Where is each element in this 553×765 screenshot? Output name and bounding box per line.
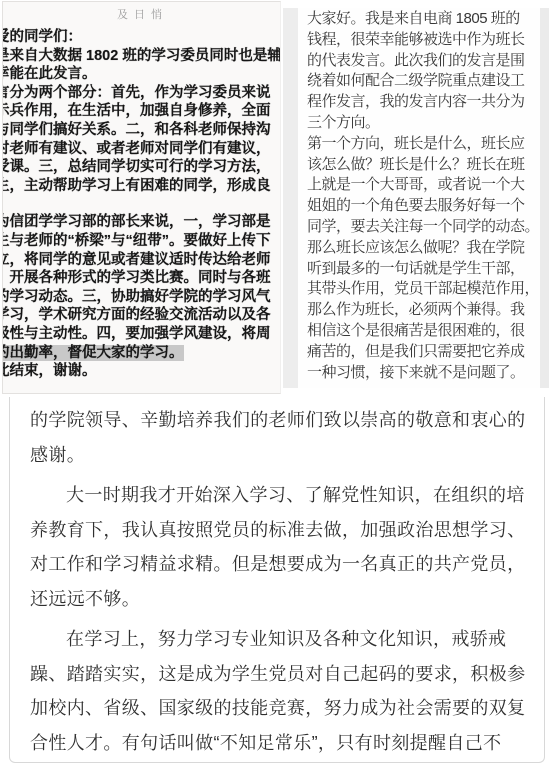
scan-text-line: 爱的同学们： — [2, 28, 280, 47]
reader-left-gutter — [283, 8, 298, 388]
reader-text-line: 一种习惯，接下来就不是问题了。 — [307, 363, 540, 384]
scan-text-body: 爱的同学们： 是来自大数据 1802 班的学习委员同时也是辅 幸能在此发言。 言… — [2, 2, 280, 381]
bottom-text-line: 躁、踏踏实实，这是成为学生党员对自己起码的要求，积极参 — [30, 657, 528, 692]
scan-text-line: 与同学们搞好关系。二，和各科老师保持沟 — [2, 121, 280, 140]
scan-text-line: 立，将同学的意见或者建议适时传达给老师 — [2, 251, 280, 270]
bottom-text-line: 还远远不够。 — [30, 582, 528, 617]
bottom-text-line: 在学习上，努力学习专业知识及各种文化知识，戒骄戒 — [30, 622, 528, 657]
scan-closing-line: 此结束，谢谢。 — [2, 362, 280, 381]
reader-text-line: 姐姐的一个角色要去服务好每一个 — [307, 196, 540, 217]
reader-panel: 大家好。我是来自电商 1805 班的 钱程，很荣幸能够被选中作为班长 的代表发言… — [283, 8, 549, 388]
reader-text-line: 程作发言，我的发言内容一共分为 — [307, 92, 540, 113]
scan-text-line: 学习，学术研究方面的经验交流活动以及各 — [2, 306, 280, 325]
bottom-text-line: 的学院领导、辛勤培养我们的老师们致以崇高的敬意和衷心的 — [30, 403, 528, 438]
scan-text-line: 生，主动帮助学习上有困难的同学，形成良 — [2, 177, 280, 196]
scan-text-line: 对老师有建议、或者老师对同学们有建议， — [2, 140, 280, 159]
gray-highlight-marker: 的出勤率，督促大家的学习。 — [2, 345, 184, 361]
reader-text-body: 大家好。我是来自电商 1805 班的 钱程，很荣幸能够被选中作为班长 的代表发言… — [298, 8, 540, 388]
reader-text-line: 其带头作用，党员干部起模范作用， — [307, 279, 540, 300]
bottom-text-line: 合性人才。有句话叫做“不知足常乐”，只有时刻提醒自己不 — [30, 726, 528, 761]
bottom-text-line: 感谢。 — [30, 438, 528, 473]
reader-text-line: 该怎么做？班长是什么？班长在班 — [307, 155, 540, 176]
bottom-text-line: 大一时期我才开始深入学习、了解党性知识，在组织的培 — [30, 478, 528, 513]
scanned-document-panel: 及日悄 爱的同学们： 是来自大数据 1802 班的学习委员同时也是辅 幸能在此发… — [2, 1, 281, 394]
bottom-text-line: 对工作和学习精益求精。但是想要成为一名真正的共产党员， — [30, 547, 528, 582]
reader-text-line: 同学，要去关注每一个同学的动态。 — [307, 217, 540, 238]
scan-text-line: 极性与主动性。四，要加强学风建设，将周 — [2, 325, 280, 344]
reader-text-line: 三个方向。 — [307, 113, 540, 134]
scan-text-line: 为信团学学习部的部长来说，一，学习部是 — [2, 213, 280, 232]
scan-text-line: 是来自大数据 1802 班的学习委员同时也是辅 — [2, 47, 280, 66]
bottom-document-panel: 的学院领导、辛勤培养我们的老师们致以崇高的敬意和衷心的 感谢。 大一时期我才开始… — [9, 397, 545, 763]
reader-text-line: 钱程，很荣幸能够被选中作为班长 — [307, 30, 540, 51]
reader-text-line: 上就是一个大哥哥，或者说一个大 — [307, 175, 540, 196]
document-preview-page: 及日悄 爱的同学们： 是来自大数据 1802 班的学习委员同时也是辅 幸能在此发… — [0, 0, 553, 765]
reader-text-line: 那么班长应该怎么做呢？我在学院 — [307, 238, 540, 259]
scan-text-line: 的学习动态。三，协助搞好学院的学习风气 — [2, 288, 280, 307]
scan-text-line: 幸能在此发言。 — [2, 65, 280, 84]
reader-text-line: 大家好。我是来自电商 1805 班的 — [307, 9, 540, 30]
reader-text-line: 相信这个是很痛苦是很困难的，很 — [307, 321, 540, 342]
scan-text-line: 开展各种形式的学习类比赛。同时与各班 — [2, 269, 280, 288]
scan-text-line: 生与老师的“桥梁”与“纽带”。要做好上传下 — [2, 232, 280, 251]
reader-text-line: 听到最多的一句话就是学生干部， — [307, 259, 540, 280]
bottom-text-line: 养教育下，我认真按照党员的标准去做，加强政治思想学习、 — [30, 513, 528, 548]
reader-text-line: 第一个方向，班长是什么，班长应 — [307, 134, 540, 155]
scan-paragraph-1: 爱的同学们： 是来自大数据 1802 班的学习委员同时也是辅 幸能在此发言。 言… — [2, 28, 280, 195]
reader-text-line: 那么作为班长，必须两个兼得。我 — [307, 300, 540, 321]
reader-text-line: 痛苦的，但是我们只需要把它养成 — [307, 342, 540, 363]
scan-watermark: 及日悄 — [117, 6, 168, 22]
scan-paragraph-2: 为信团学学习部的部长来说，一，学习部是 生与老师的“桥梁”与“纽带”。要做好上传… — [2, 213, 280, 380]
scan-highlighted-line: 的出勤率，督促大家的学习。 — [2, 344, 280, 363]
scan-text-line: 受课。三，总结同学切实可行的学习方法， — [2, 158, 280, 177]
bottom-text-line: 加校内、省级、国家级的技能竞赛，努力成为社会需要的双复 — [30, 691, 528, 726]
scan-text-line: 言分为两个部分：首先，作为学习委员来说 — [2, 84, 280, 103]
scan-text-line: 示兵作用，在生活中，加强自身修养，全面 — [2, 102, 280, 121]
reader-text-line: 的代表发言。此次我们的发言是围 — [307, 51, 540, 72]
reader-scrollbar[interactable] — [540, 8, 549, 388]
reader-text-line: 绕着如何配合二级学院重点建设工 — [307, 71, 540, 92]
